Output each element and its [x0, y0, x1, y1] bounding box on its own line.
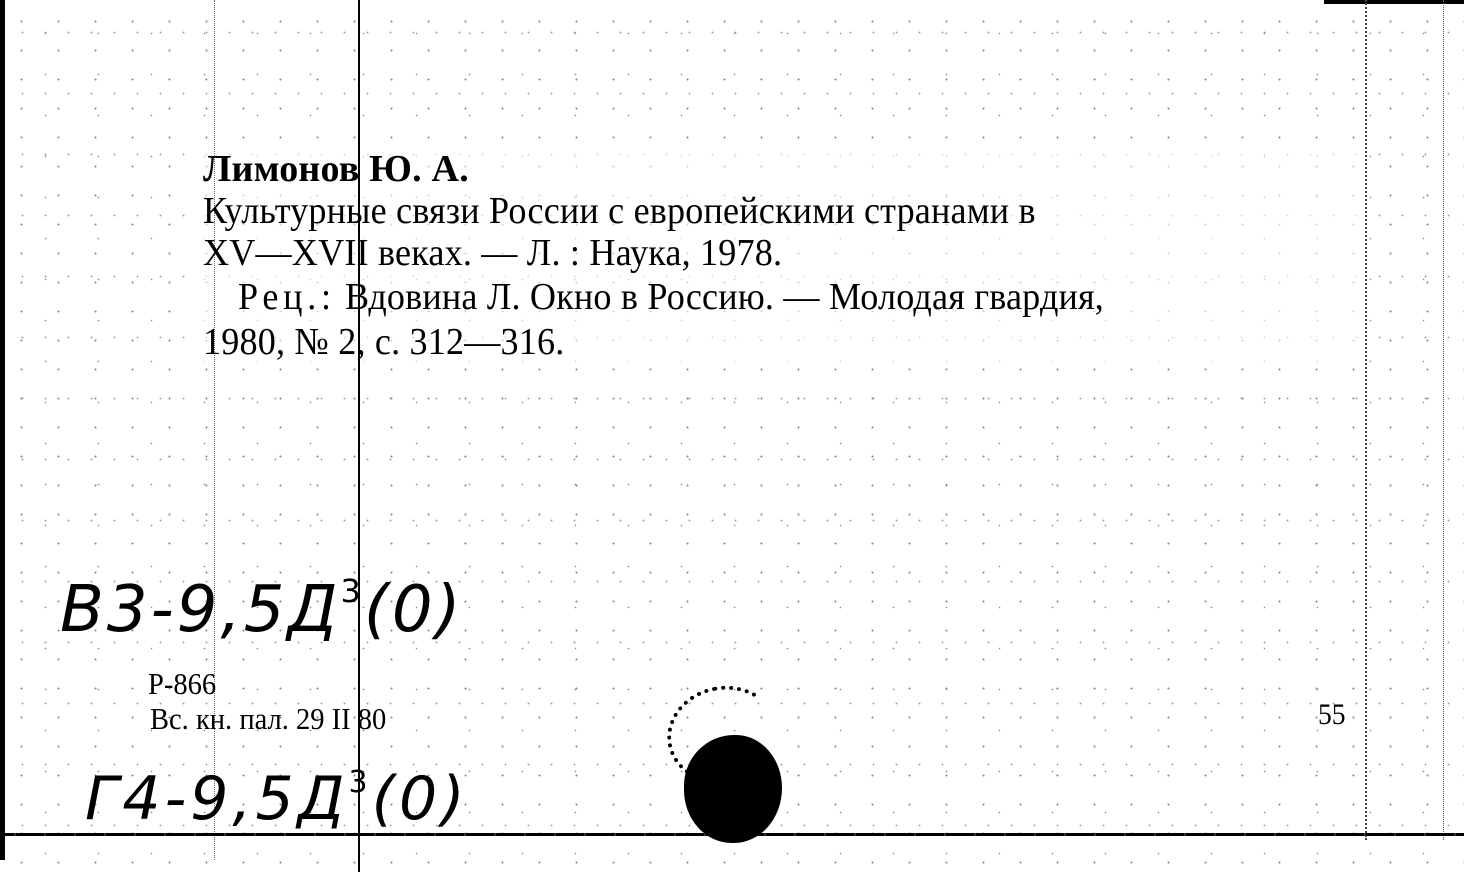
catalog-card: Лимонов Ю. А. Культурные связи России с …: [0, 0, 1464, 872]
catalog-number: Р-866: [148, 668, 216, 699]
inventory-line: Вс. кн. пал. 29 II 80: [150, 703, 386, 734]
title-line-2: XV—XVII веках. — Л. : Наука, 1978.: [203, 234, 782, 272]
card-left-edge: [0, 0, 5, 860]
review-citation: Вдовина Л. Окно в Россию. — Молодая гвар…: [345, 276, 1104, 318]
corner-number: 55: [1318, 700, 1346, 730]
author-heading: Лимонов Ю. А.: [203, 150, 469, 188]
right-rule: [1365, 0, 1368, 840]
punch-hole: [684, 735, 782, 843]
handwritten-shelf-code-top: В3-9,5Д3(0): [60, 575, 464, 642]
handwritten-shelf-code-bottom: Г4-9,5Д3(0): [85, 768, 469, 829]
review-line-2: 1980, № 2, с. 312—316.: [203, 323, 565, 361]
review-line-1: Рец.: Вдовина Л. Окно в Россию. — Молода…: [238, 278, 1104, 316]
title-line-1: Культурные связи России с европейскими с…: [203, 192, 1036, 230]
margin-rule: [358, 0, 360, 872]
right-rule-outer: [1443, 0, 1445, 840]
review-label: Рец.:: [238, 276, 336, 318]
